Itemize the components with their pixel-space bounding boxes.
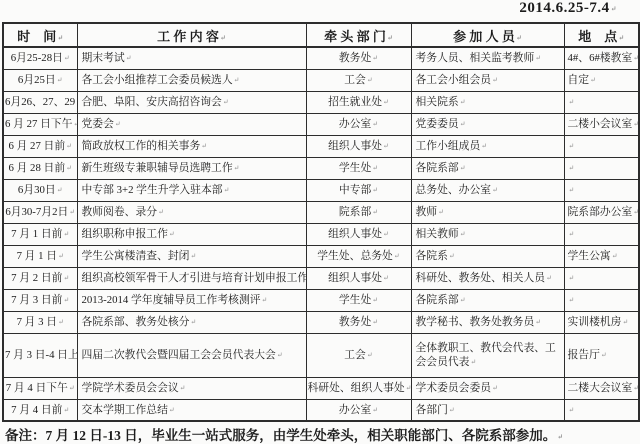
cell-participants-text: 各部门 <box>416 404 455 416</box>
cell-location-text <box>568 228 575 240</box>
cell-work-content-text: 简政放权工作的相关事务 <box>82 140 208 152</box>
cell-work-content-text: 学生公寓楼清查、封闭 <box>82 250 197 262</box>
cell-work-content: 组织职称申报工作 <box>77 223 306 245</box>
cell-participants-text: 总务处、办公室 <box>416 184 498 196</box>
cell-location: 二楼大会议室 <box>564 377 639 399</box>
cell-time: 6 月 27 日下午 <box>3 113 77 135</box>
cell-participants: 各院系部 <box>411 289 564 311</box>
table-row: 7 月 3 日-4 日上午四届二次教代会暨四届工会会员代表大会工会全体教职工、教… <box>3 333 639 377</box>
cell-lead-department-text: 科研处、组织人事处 <box>308 382 412 394</box>
cell-time: 6 月 27 日前 <box>3 135 77 157</box>
cell-work-content-text: 新生班级专兼职辅导员选聘工作 <box>82 162 240 174</box>
cell-participants: 教学秘书、教务处教务员 <box>411 311 564 333</box>
cell-work-content-text: 教师阅卷、录分 <box>82 206 164 218</box>
cell-time-text: 6 月 28 日前 <box>8 162 72 174</box>
cell-participants-text: 各院系部 <box>416 162 466 174</box>
table-row: 6月30-7月2日教师阅卷、录分院系部教师院系部办公室 <box>3 201 639 223</box>
cell-lead-department-text: 办公室 <box>339 118 378 130</box>
cell-lead-department-text: 教务处 <box>339 316 378 328</box>
cell-lead-department-text: 办公室 <box>339 404 378 416</box>
cell-time-text: 6月30日 <box>18 184 63 196</box>
cell-lead-department: 工会 <box>306 69 411 91</box>
table-row: 6 月 27 日下午党委会办公室党委委员二楼小会议室 <box>3 113 639 135</box>
cell-location: 4#、6#楼教室 <box>564 47 639 69</box>
cell-lead-department-text: 学生处 <box>339 162 378 174</box>
cell-time: 6月26、27、29日 <box>3 91 77 113</box>
cell-location-text: 学生公寓 <box>568 250 618 262</box>
cell-participants: 工作小组成员 <box>411 135 564 157</box>
cell-participants-text: 学术委员会委员 <box>416 382 498 394</box>
schedule-table-body: 6月25-28日期末考试教务处考务人员、相关监考教师4#、6#楼教室6月25日各… <box>3 47 639 421</box>
cell-lead-department-text: 招生就业处 <box>328 96 389 108</box>
cell-location-text: 实训楼机房 <box>568 316 629 328</box>
cell-location <box>564 179 639 201</box>
cell-lead-department: 工会 <box>306 333 411 377</box>
cell-location <box>564 289 639 311</box>
cell-participants: 科研处、教务处、相关人员 <box>411 267 564 289</box>
cell-time: 6 月 28 日前 <box>3 157 77 179</box>
cell-location <box>564 223 639 245</box>
cell-participants-text: 考务人员、相关监考教师 <box>416 52 542 64</box>
cell-work-content-text: 党委会 <box>82 118 121 130</box>
table-row: 7 月 3 日前2013-2014 学年度辅导员工作考核测评学生处各院系部 <box>3 289 639 311</box>
cell-lead-department-text: 学生处、总务处 <box>317 250 399 262</box>
cell-participants: 教师 <box>411 201 564 223</box>
cell-work-content-text: 组织高校领军骨干人才引进与培育计划申报工作 <box>82 272 307 284</box>
table-row: 7 月 2 日前组织高校领军骨干人才引进与培育计划申报工作组织人事处科研处、教务… <box>3 267 639 289</box>
cell-time-text: 6月25-28日 <box>11 52 70 64</box>
cell-participants: 各部门 <box>411 399 564 421</box>
cell-participants: 全体教职工、教代会代表、工会会员代表 <box>411 333 564 377</box>
cell-time-text: 7 月 3 日-4 日上午 <box>5 349 77 361</box>
cell-work-content: 党委会 <box>77 113 306 135</box>
footnote-text: 备注：7 月 12 日-13 日，毕业生一站式服务，由学生处牵头，相关职能部门、… <box>5 428 563 443</box>
cell-participants-text: 教学秘书、教务处教务员 <box>416 316 542 328</box>
cell-lead-department: 办公室 <box>306 399 411 421</box>
cell-work-content: 四届二次教代会暨四届工会会员代表大会 <box>77 333 306 377</box>
cell-location-text <box>568 162 575 174</box>
cell-lead-department: 招生就业处 <box>306 91 411 113</box>
cell-participants: 相关院系 <box>411 91 564 113</box>
cell-location: 实训楼机房 <box>564 311 639 333</box>
header-lead-department: 牵 头 部 门 <box>306 23 411 47</box>
table-row: 6月30日中专部 3+2 学生升学入驻本部中专部总务处、办公室 <box>3 179 639 201</box>
cell-participants-text: 各院系部 <box>416 294 466 306</box>
cell-time: 7 月 3 日 <box>3 311 77 333</box>
cell-participants-text: 相关院系 <box>416 96 466 108</box>
cell-lead-department: 院系部 <box>306 201 411 223</box>
cell-time: 7 月 3 日-4 日上午 <box>3 333 77 377</box>
cell-location: 报告厅 <box>564 333 639 377</box>
cell-time-text: 7 月 3 日前 <box>11 294 69 306</box>
cell-location <box>564 91 639 113</box>
cell-time: 7 月 4 日前 <box>3 399 77 421</box>
cell-lead-department-text: 学生处 <box>339 294 378 306</box>
cell-work-content: 学院学术委员会会议 <box>77 377 306 399</box>
cell-time-text: 6月26、27、29日 <box>5 96 77 108</box>
cell-location <box>564 157 639 179</box>
cell-time-text: 6月30-7月2日 <box>5 206 75 218</box>
table-row: 7 月 4 日前交本学期工作总结办公室各部门 <box>3 399 639 421</box>
document-date-range: 2014.6.25-7.4 <box>519 0 617 17</box>
cell-time: 6月30日 <box>3 179 77 201</box>
cell-location-text <box>568 404 575 416</box>
cell-location-text: 二楼小会议室 <box>568 118 640 130</box>
cell-lead-department: 组织人事处 <box>306 267 411 289</box>
cell-time: 7 月 4 日下午 <box>3 377 77 399</box>
cell-lead-department: 学生处 <box>306 289 411 311</box>
table-row: 6 月 27 日前简政放权工作的相关事务组织人事处工作小组成员 <box>3 135 639 157</box>
cell-participants-text: 工作小组成员 <box>416 140 488 152</box>
cell-location-text <box>568 96 575 108</box>
cell-work-content-text: 交本学期工作总结 <box>82 404 175 416</box>
cell-work-content-text: 期末考试 <box>82 52 132 64</box>
cell-location-text: 自定 <box>568 74 596 86</box>
cell-work-content: 各院系部、教务处核分 <box>77 311 306 333</box>
cell-work-content: 合肥、阜阳、安庆高招咨询会 <box>77 91 306 113</box>
cell-participants-text: 各院系 <box>416 250 455 262</box>
cell-participants-text: 相关教师 <box>416 228 466 240</box>
cell-time-text: 7 月 4 日前 <box>11 404 69 416</box>
cell-lead-department-text: 工会 <box>344 349 372 361</box>
cell-location: 二楼小会议室 <box>564 113 639 135</box>
cell-participants: 各院系 <box>411 245 564 267</box>
cell-time-text: 6 月 27 日下午 <box>5 118 77 130</box>
cell-location-text <box>568 272 575 284</box>
cell-participants-text: 教师 <box>416 206 444 218</box>
cell-time-text: 7 月 1 日 <box>17 250 64 262</box>
cell-work-content-text: 四届二次教代会暨四届工会会员代表大会 <box>82 349 283 361</box>
cell-participants: 学术委员会委员 <box>411 377 564 399</box>
cell-participants-text: 各工会小组会员 <box>416 74 498 86</box>
cell-lead-department: 组织人事处 <box>306 135 411 157</box>
table-row: 6月25-28日期末考试教务处考务人员、相关监考教师4#、6#楼教室 <box>3 47 639 69</box>
cell-time-text: 7 月 1 日前 <box>11 228 69 240</box>
cell-lead-department-text: 中专部 <box>339 184 378 196</box>
cell-lead-department: 学生处、总务处 <box>306 245 411 267</box>
cell-work-content-text: 合肥、阜阳、安庆高招咨询会 <box>82 96 229 108</box>
cell-participants-text: 党委委员 <box>416 118 466 130</box>
cell-lead-department: 教务处 <box>306 47 411 69</box>
cell-location-text: 二楼大会议室 <box>568 382 640 394</box>
table-row: 6 月 28 日前新生班级专兼职辅导员选聘工作学生处各院系部 <box>3 157 639 179</box>
cell-time: 7 月 1 日前 <box>3 223 77 245</box>
cell-work-content-text: 各院系部、教务处核分 <box>82 316 197 328</box>
cell-location <box>564 399 639 421</box>
footnote: 备注：7 月 12 日-13 日，毕业生一站式服务，由学生处牵头，相关职能部门、… <box>5 424 636 444</box>
cell-location <box>564 135 639 157</box>
cell-work-content: 教师阅卷、录分 <box>77 201 306 223</box>
cell-participants-text: 全体教职工、教代会代表、工会会员代表 <box>416 342 556 368</box>
table-row: 7 月 1 日学生公寓楼清查、封闭学生处、总务处各院系学生公寓 <box>3 245 639 267</box>
cell-location-text: 院系部办公室 <box>568 206 640 218</box>
cell-location-text: 报告厅 <box>568 349 607 361</box>
cell-work-content-text: 2013-2014 学年度辅导员工作考核测评 <box>82 294 268 306</box>
table-header-row: 时 间 工 作 内 容 牵 头 部 门 参 加 人 员 地 点 <box>3 23 639 47</box>
cell-location-text <box>568 184 575 196</box>
cell-time: 7 月 1 日 <box>3 245 77 267</box>
cell-participants-text: 科研处、教务处、相关人员 <box>416 272 552 284</box>
cell-participants: 各院系部 <box>411 157 564 179</box>
cell-time: 7 月 2 日前 <box>3 267 77 289</box>
cell-participants: 党委委员 <box>411 113 564 135</box>
cell-participants: 总务处、办公室 <box>411 179 564 201</box>
header-participants: 参 加 人 员 <box>411 23 564 47</box>
cell-work-content: 交本学期工作总结 <box>77 399 306 421</box>
cell-participants: 考务人员、相关监考教师 <box>411 47 564 69</box>
cell-work-content-text: 组织职称申报工作 <box>82 228 175 240</box>
cell-location: 自定 <box>564 69 639 91</box>
cell-work-content-text: 中专部 3+2 学生升学入驻本部 <box>82 184 230 196</box>
header-location: 地 点 <box>564 23 639 47</box>
cell-lead-department-text: 院系部 <box>339 206 378 218</box>
cell-lead-department-text: 组织人事处 <box>328 272 389 284</box>
cell-lead-department-text: 教务处 <box>339 52 378 64</box>
table-row: 6月25日各工会小组推荐工会委员候选人工会各工会小组会员自定 <box>3 69 639 91</box>
cell-location: 院系部办公室 <box>564 201 639 223</box>
table-row: 6月26、27、29日合肥、阜阳、安庆高招咨询会招生就业处相关院系 <box>3 91 639 113</box>
cell-time-text: 7 月 4 日下午 <box>6 382 75 394</box>
cell-lead-department-text: 组织人事处 <box>328 140 389 152</box>
cell-time-text: 6月25日 <box>18 74 63 86</box>
cell-participants: 各工会小组会员 <box>411 69 564 91</box>
cell-time: 6月25-28日 <box>3 47 77 69</box>
cell-location: 学生公寓 <box>564 245 639 267</box>
cell-lead-department: 中专部 <box>306 179 411 201</box>
header-work-content: 工 作 内 容 <box>77 23 306 47</box>
cell-lead-department-text: 工会 <box>344 74 372 86</box>
cell-location-text: 4#、6#楼教室 <box>568 52 640 64</box>
cell-work-content: 中专部 3+2 学生升学入驻本部 <box>77 179 306 201</box>
cell-work-content: 期末考试 <box>77 47 306 69</box>
cell-work-content: 各工会小组推荐工会委员候选人 <box>77 69 306 91</box>
cell-work-content: 学生公寓楼清查、封闭 <box>77 245 306 267</box>
table-row: 7 月 3 日各院系部、教务处核分教务处教学秘书、教务处教务员实训楼机房 <box>3 311 639 333</box>
cell-time: 6月30-7月2日 <box>3 201 77 223</box>
cell-lead-department: 科研处、组织人事处 <box>306 377 411 399</box>
date-range-text: 2014.6.25-7.4 <box>519 0 617 16</box>
cell-time-text: 7 月 2 日前 <box>11 272 69 284</box>
cell-lead-department: 办公室 <box>306 113 411 135</box>
cell-work-content: 新生班级专兼职辅导员选聘工作 <box>77 157 306 179</box>
cell-work-content: 组织高校领军骨干人才引进与培育计划申报工作 <box>77 267 306 289</box>
cell-work-content-text: 各工会小组推荐工会委员候选人 <box>82 74 240 86</box>
cell-location-text <box>568 140 575 152</box>
cell-location-text <box>568 294 575 306</box>
cell-time: 6月25日 <box>3 69 77 91</box>
cell-work-content: 简政放权工作的相关事务 <box>77 135 306 157</box>
cell-time-text: 6 月 27 日前 <box>8 140 72 152</box>
work-schedule-table: 时 间 工 作 内 容 牵 头 部 门 参 加 人 员 地 点 6月25-28日… <box>2 22 640 422</box>
cell-work-content: 2013-2014 学年度辅导员工作考核测评 <box>77 289 306 311</box>
cell-lead-department: 教务处 <box>306 311 411 333</box>
cell-lead-department: 组织人事处 <box>306 223 411 245</box>
cell-time-text: 7 月 3 日 <box>17 316 64 328</box>
cell-lead-department: 学生处 <box>306 157 411 179</box>
table-row: 7 月 4 日下午学院学术委员会会议科研处、组织人事处学术委员会委员二楼大会议室 <box>3 377 639 399</box>
table-row: 7 月 1 日前组织职称申报工作组织人事处相关教师 <box>3 223 639 245</box>
cell-lead-department-text: 组织人事处 <box>328 228 389 240</box>
cell-location <box>564 267 639 289</box>
cell-work-content-text: 学院学术委员会会议 <box>82 382 186 394</box>
cell-participants: 相关教师 <box>411 223 564 245</box>
header-time: 时 间 <box>3 23 77 47</box>
cell-time: 7 月 3 日前 <box>3 289 77 311</box>
